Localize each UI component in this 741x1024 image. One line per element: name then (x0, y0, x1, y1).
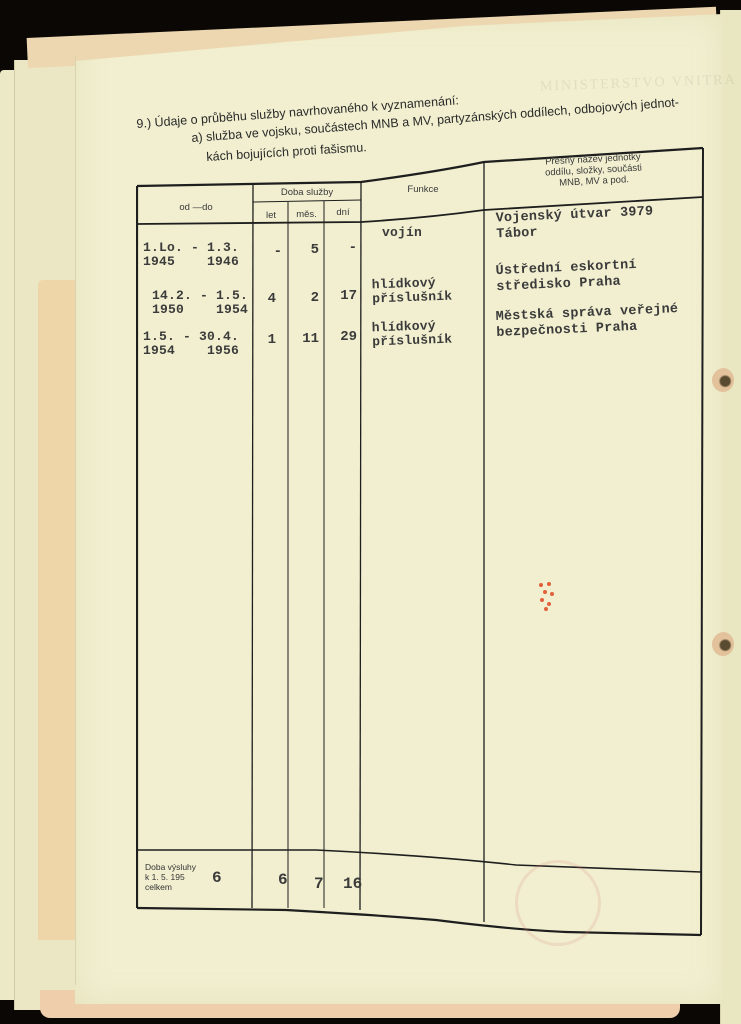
table-row-1-dni: - (325, 240, 357, 256)
total-let: 6 (278, 871, 288, 889)
page-edge-line (75, 55, 76, 985)
punch-hole (712, 368, 734, 392)
table-row-1-od-do: 1.Lo. - 1.3. 1945 1946 (143, 241, 239, 269)
table-row-3-let: 1 (254, 332, 276, 348)
total-mes: 7 (314, 875, 324, 893)
table-row-2-dni: 17 (325, 288, 357, 304)
table-row-2-let: 4 (254, 291, 276, 307)
total-year-digit: 6 (212, 869, 222, 887)
od-do-dates: 1.5. - 30.4. (143, 330, 239, 344)
header-doba-sluzby: Doba služby (254, 187, 360, 198)
total-label-line1: Doba výsluhy (145, 862, 196, 872)
table-row-2-jednotka: Ústřední eskortní středisko Praha (495, 258, 637, 296)
od-do-dates: 1.Lo. - 1.3. (143, 241, 239, 255)
table-row-2-mes: 2 (289, 290, 319, 306)
table-row-3-od-do: 1.5. - 30.4. 1954 1956 (143, 330, 239, 358)
funkce-line2: příslušník (372, 333, 452, 350)
header-mes: měs. (289, 209, 324, 220)
service-table: od —do Doba služby let měs. dní Funkce P… (136, 140, 706, 940)
table-row-3-dni: 29 (325, 329, 357, 345)
table-row-3-funkce: hlídkový příslušník (372, 319, 453, 350)
table-row-1-mes: 5 (289, 242, 319, 258)
red-ink-spots (535, 580, 561, 612)
od-do-years: 1950 1954 (152, 303, 248, 317)
table-row-1-funkce: vojín (382, 226, 422, 240)
od-do-years: 1954 1956 (143, 344, 239, 358)
table-row-2-od-do: 14.2. - 1.5. 1950 1954 (152, 289, 248, 317)
header-dni: dní (325, 207, 361, 218)
od-do-years: 1945 1946 (143, 255, 239, 269)
funkce-line2: příslušník (372, 290, 452, 307)
header-let: let (254, 210, 288, 221)
od-do-dates: 14.2. - 1.5. (152, 289, 248, 303)
total-label-line3: celkem (145, 882, 196, 892)
header-funkce: Funkce (362, 184, 484, 195)
binder-edge (720, 10, 741, 1024)
faint-round-stamp (515, 860, 601, 946)
total-dni: 16 (343, 875, 362, 893)
table-row-1-let: - (254, 244, 282, 260)
background-sheet-tan-tab (38, 280, 78, 940)
total-label: Doba výsluhy k 1. 5. 195 celkem (145, 862, 196, 892)
header-od-do: od —do (156, 202, 236, 213)
total-label-line2: k 1. 5. 195 (145, 872, 196, 882)
punch-hole (712, 632, 734, 656)
table-row-2-funkce: hlídkový příslušník (372, 276, 453, 307)
table-row-3-mes: 11 (289, 331, 319, 347)
